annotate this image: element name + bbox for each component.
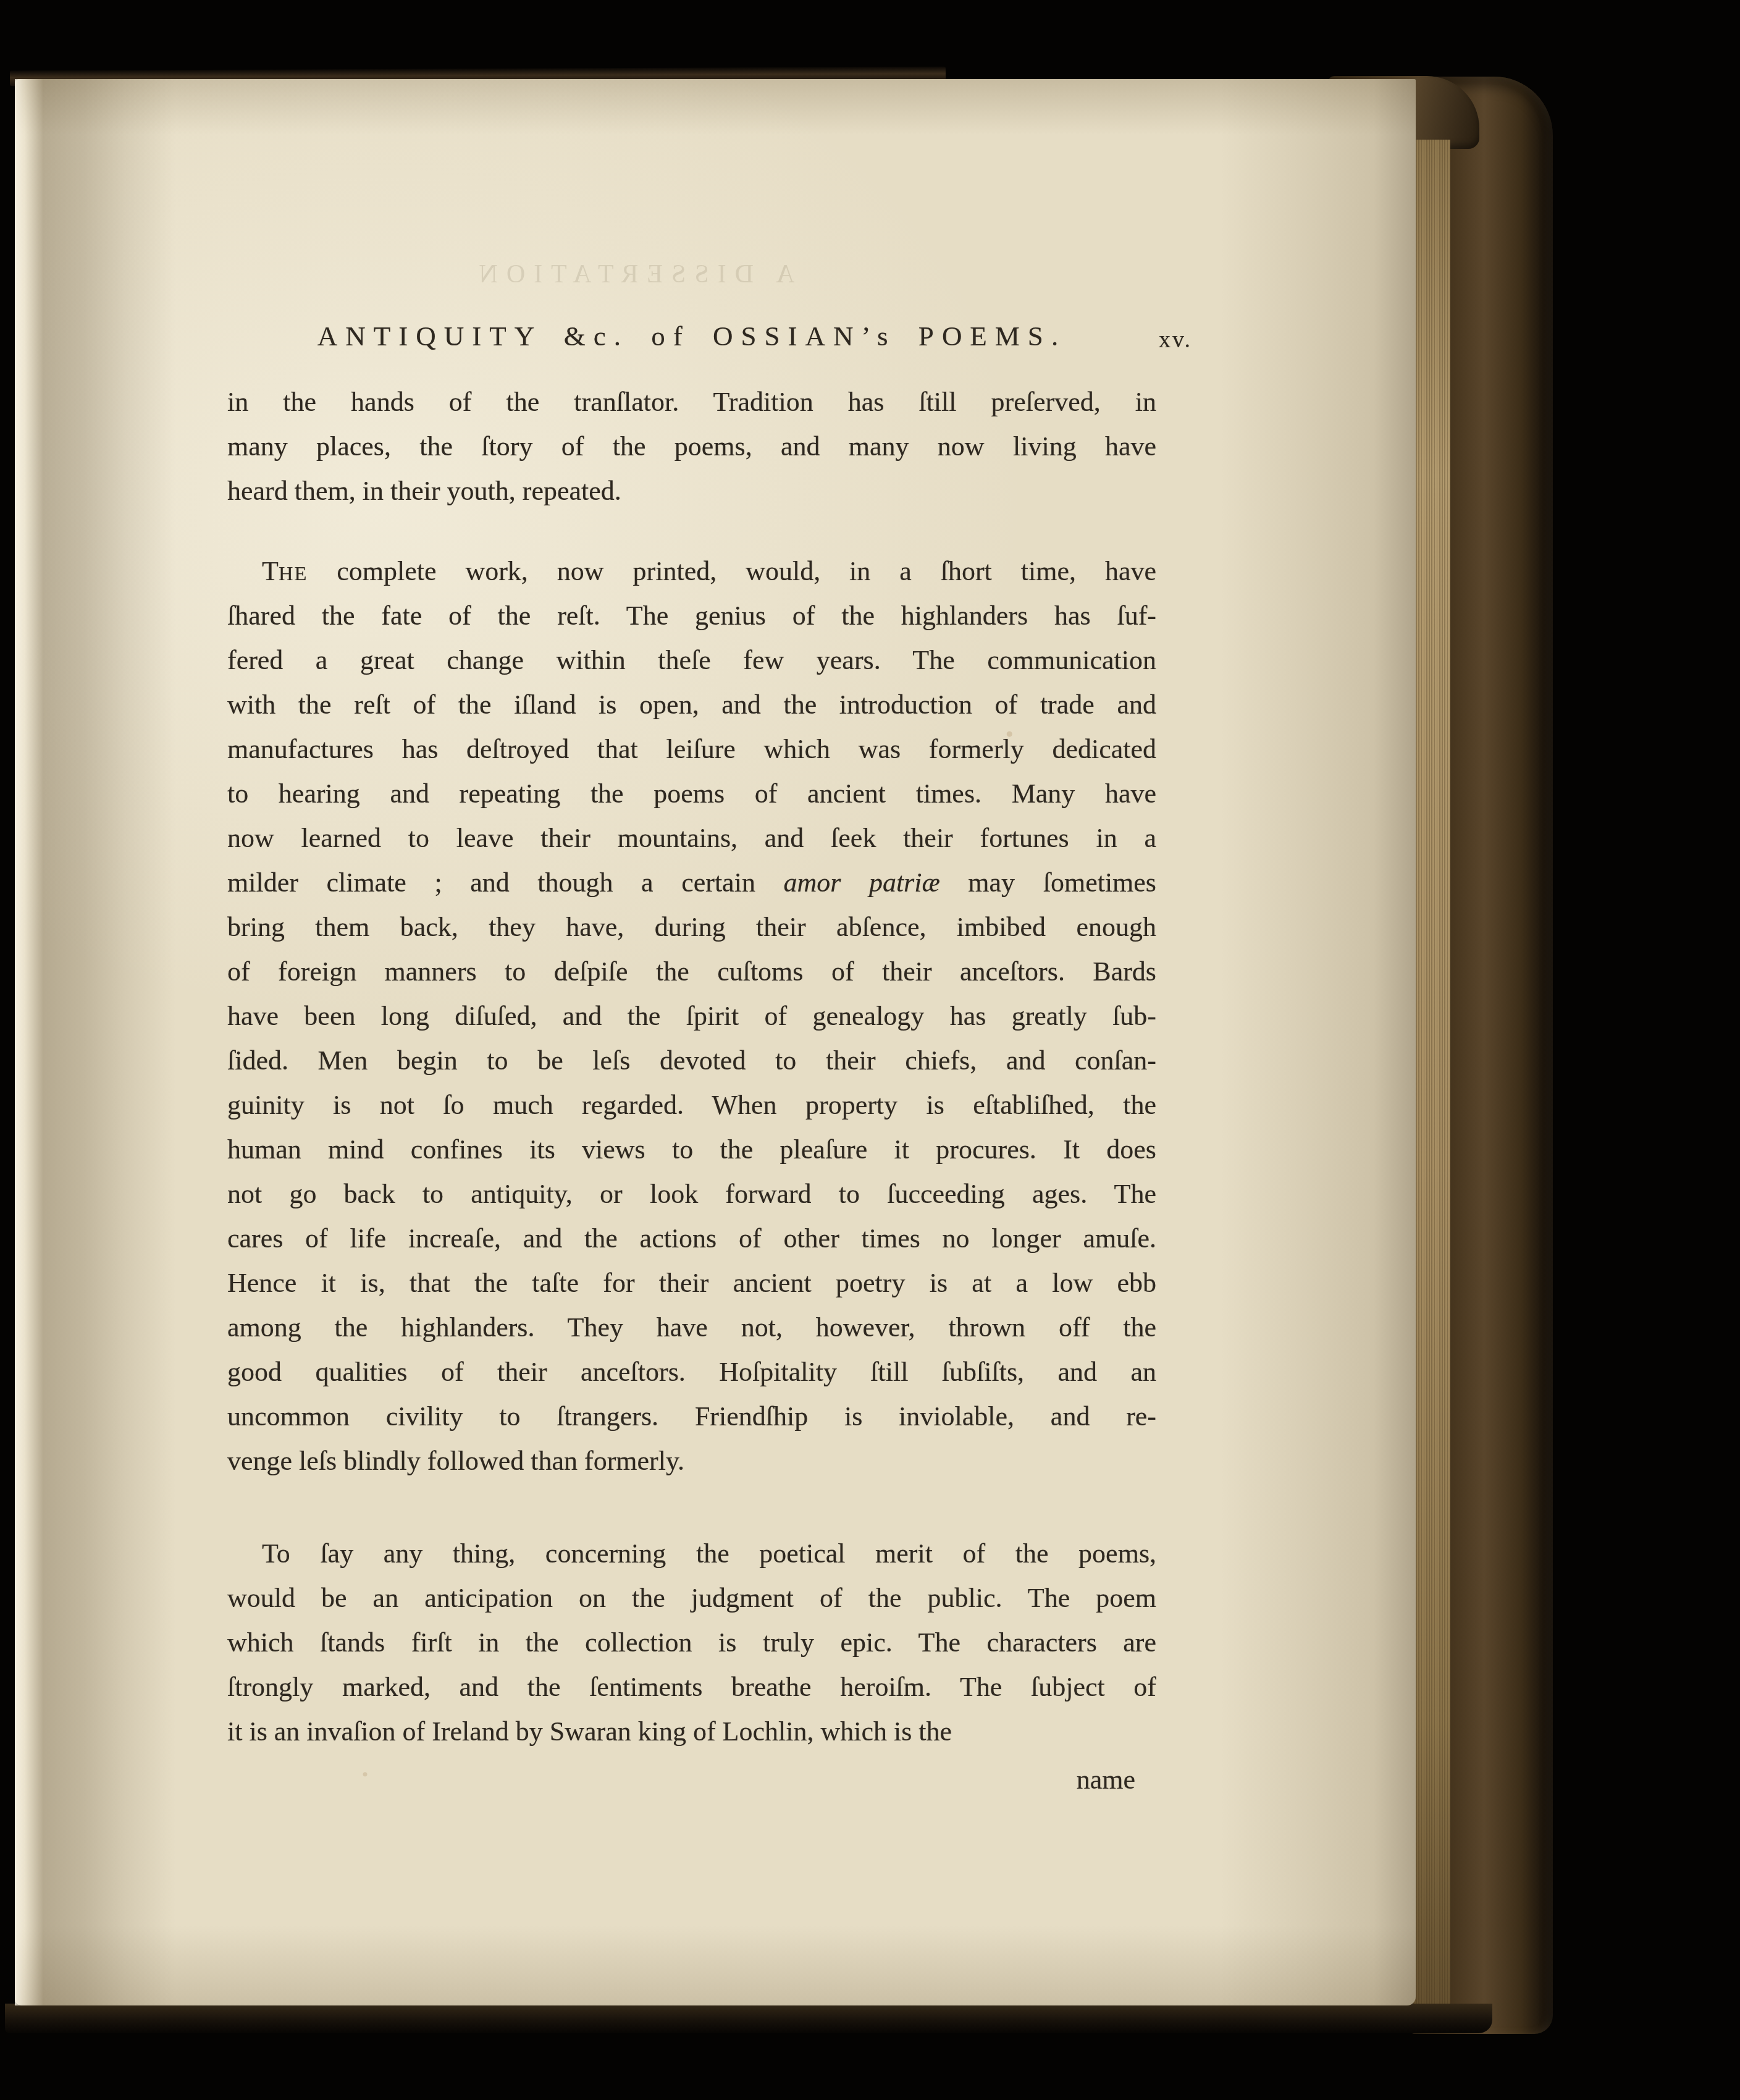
text-line: with the reſt of the iſland is open, and… [227,683,1156,727]
text-line: bring them back, they have, during their… [227,905,1156,950]
text-line: would be an anticipation on the judgment… [227,1576,1156,1621]
header-row: ANTIQUITY &c. of OSSIAN’s POEMS. xv. [227,314,1156,358]
paragraph-3: To ſay any thing, concerning the poetica… [227,1532,1156,1754]
text-line: among the highlanders. They have not, ho… [227,1305,1156,1350]
line-text: milder climate ; and though a certain [227,867,783,898]
text-line: guinity is not ſo much regarded. When pr… [227,1083,1156,1128]
text-line: now learned to leave their mountains, an… [227,816,1156,861]
text-line: fered a great change within theſe few ye… [227,638,1156,683]
text-line: Hence it is, that the taſte for their an… [227,1261,1156,1305]
text-line: To ſay any thing, concerning the poetica… [227,1532,1156,1576]
text-line: ſtrongly marked, and the ſentiments brea… [227,1665,1156,1710]
running-header: ANTIQUITY &c. of OSSIAN’s POEMS. [227,314,1156,358]
paragraph-1: in the hands of the tranſlator. Traditio… [227,380,1156,513]
text-line: uncommon civility to ſtrangers. Friendſh… [227,1394,1156,1439]
latin-phrase: amor patriæ [783,867,939,898]
text-block: ANTIQUITY &c. of OSSIAN’s POEMS. xv. in … [227,314,1156,1802]
text-line: which ſtands firſt in the collection is … [227,1621,1156,1665]
paragraph-2: THE complete work, now printed, would, i… [227,549,1156,1483]
small-caps: HE [279,563,308,585]
text-line: manufactures has deſtroyed that leiſure … [227,727,1156,772]
text-line: human mind confines its views to the ple… [227,1128,1156,1172]
text-line: in the hands of the tranſlator. Traditio… [227,380,1156,424]
gutter-shadow [15,79,175,2005]
text-line: ſided. Men begin to be leſs devoted to t… [227,1039,1156,1083]
text-line: not go back to antiquity, or look forwar… [227,1172,1156,1217]
book-scan: { "palette": { "backdrop": "#040302", "p… [0,0,1740,2100]
text-line: to hearing and repeating the poems of an… [227,772,1156,816]
catchword: name [227,1758,1156,1802]
page-number: xv. [1159,318,1192,362]
text-line: it is an invaſion of Ireland by Swaran k… [227,1710,1156,1754]
book-bottom-board-edge [5,2004,1492,2033]
text-line: milder climate ; and though a certain am… [227,861,1156,905]
line-text: complete work, now printed, would, in a … [308,556,1156,586]
text-line: cares of life increaſe, and the actions … [227,1217,1156,1261]
text-line: THE complete work, now printed, would, i… [227,549,1156,594]
lead-capital: T [262,556,279,586]
text-line: good qualities of their anceſtors. Hoſpi… [227,1350,1156,1394]
text-line: ſhared the fate of the reſt. The genius … [227,594,1156,638]
text-line: heard them, in their youth, repeated. [227,469,1156,513]
text-line: venge leſs blindly followed than formerl… [227,1439,1156,1483]
page-block-fore-edge [1413,140,1450,2004]
text-line: of foreign manners to deſpiſe the cuſtom… [227,950,1156,994]
photo-scene: A DISSERTATION ANTIQUITY &c. of OSSIAN’s… [0,0,1740,2100]
text-line: have been long diſuſed, and the ſpirit o… [227,994,1156,1039]
text-line: many places, the ſtory of the poems, and… [227,424,1156,469]
show-through-text: A DISSERTATION [200,259,1065,289]
line-text: may ſometimes [940,867,1156,898]
book-page: A DISSERTATION ANTIQUITY &c. of OSSIAN’s… [15,79,1416,2005]
